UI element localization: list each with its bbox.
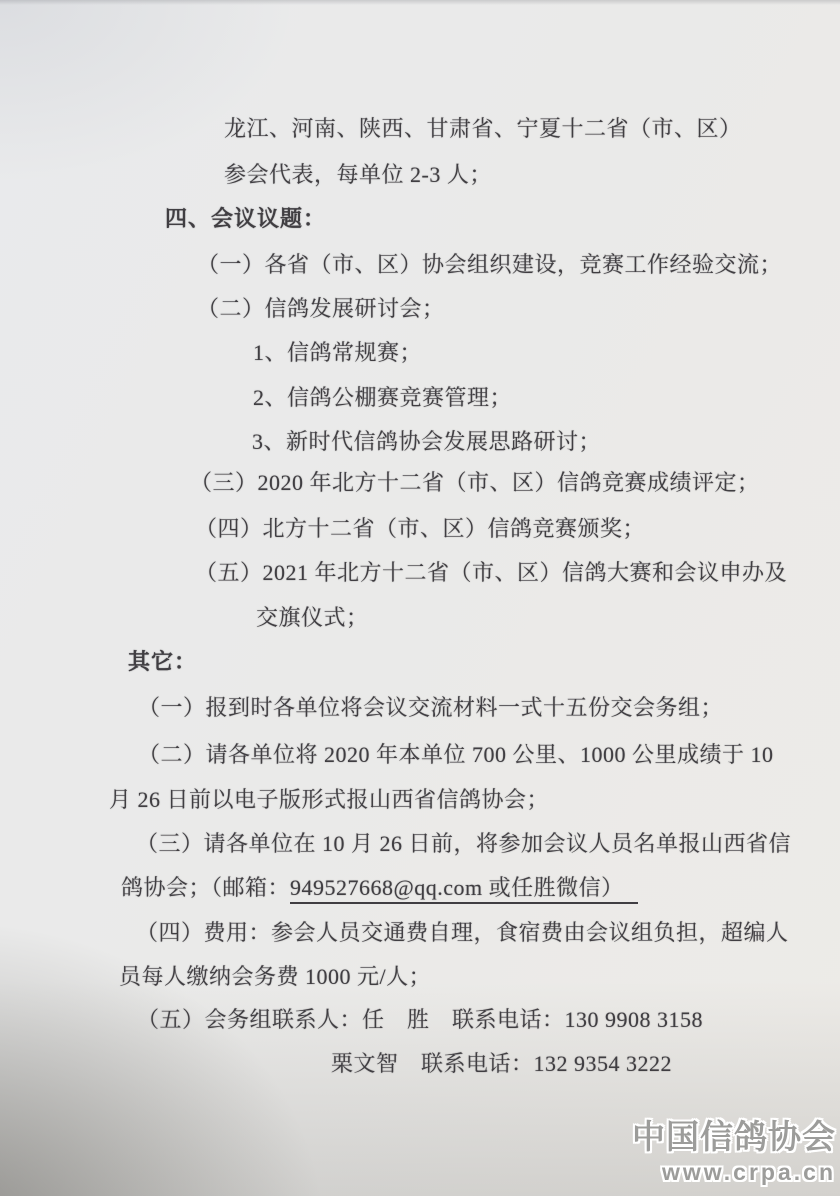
other-item-4-continued: 员每人缴纳会务费 1000 元/人； <box>119 960 431 991</box>
watermark-site-url: www.crpa.cn <box>632 1161 836 1184</box>
agenda-sub-item-2: 2、信鸽公棚赛竞赛管理； <box>253 381 512 412</box>
line-delegates: 参会代表，每单位 2-3 人； <box>224 158 492 189</box>
agenda-item-3: （三）2020 年北方十二省（市、区）信鸽竞赛成绩评定； <box>190 466 760 497</box>
heading-agenda: 四、会议议题： <box>165 202 326 233</box>
agenda-item-5: （五）2021 年北方十二省（市、区）信鸽大赛和会议申办及 <box>195 556 787 587</box>
other-item-3-continued: 鸽协会；（邮箱：949527668@qq.com 或任胜微信） <box>121 871 638 902</box>
agenda-item-2: （二）信鸽发展研讨会； <box>197 292 445 323</box>
other-item-4: （四）费用：参会人员交通费自理，食宿费由会议组负担，超编人 <box>136 916 789 947</box>
agenda-item-5-continued: 交旗仪式； <box>256 601 369 632</box>
email-underlined: 949527668@qq.com 或任胜微信） <box>290 875 638 904</box>
email-line-prefix: 鸽协会；（邮箱： <box>121 875 290 900</box>
other-item-5-contact-1: （五）会务组联系人：任 胜 联系电话：130 9908 3158 <box>137 1003 703 1034</box>
agenda-item-4: （四）北方十二省（市、区）信鸽竞赛颁奖； <box>195 512 645 543</box>
crpa-watermark: 中国信鸽协会 www.crpa.cn <box>632 1120 836 1184</box>
other-item-5-contact-2: 栗文智 联系电话：132 9354 3222 <box>331 1047 672 1078</box>
other-item-2-continued: 月 26 日前以电子版形式报山西省信鸽协会； <box>109 783 549 814</box>
line-provinces-continued: 龙江、河南、陕西、甘肃省、宁夏十二省（市、区） <box>224 112 742 143</box>
other-item-1: （一）报到时各单位将会议交流材料一式十五份交会务组； <box>138 691 723 722</box>
watermark-org-name: 中国信鸽协会 <box>632 1120 836 1153</box>
agenda-item-1: （一）各省（市、区）协会组织建设，竞赛工作经验交流； <box>197 248 782 279</box>
other-item-3: （三）请各单位在 10 月 26 日前，将参加会议人员名单报山西省信 <box>136 827 791 858</box>
document-photo: 龙江、河南、陕西、甘肃省、宁夏十二省（市、区） 参会代表，每单位 2-3 人； … <box>0 0 840 1196</box>
agenda-sub-item-1: 1、信鸽常规赛； <box>253 336 422 367</box>
heading-other: 其它： <box>128 645 197 676</box>
other-item-2: （二）请各单位将 2020 年本单位 700 公里、1000 公里成绩于 10 <box>138 738 774 769</box>
agenda-sub-item-3: 3、新时代信鸽协会发展思路研讨； <box>252 425 601 456</box>
